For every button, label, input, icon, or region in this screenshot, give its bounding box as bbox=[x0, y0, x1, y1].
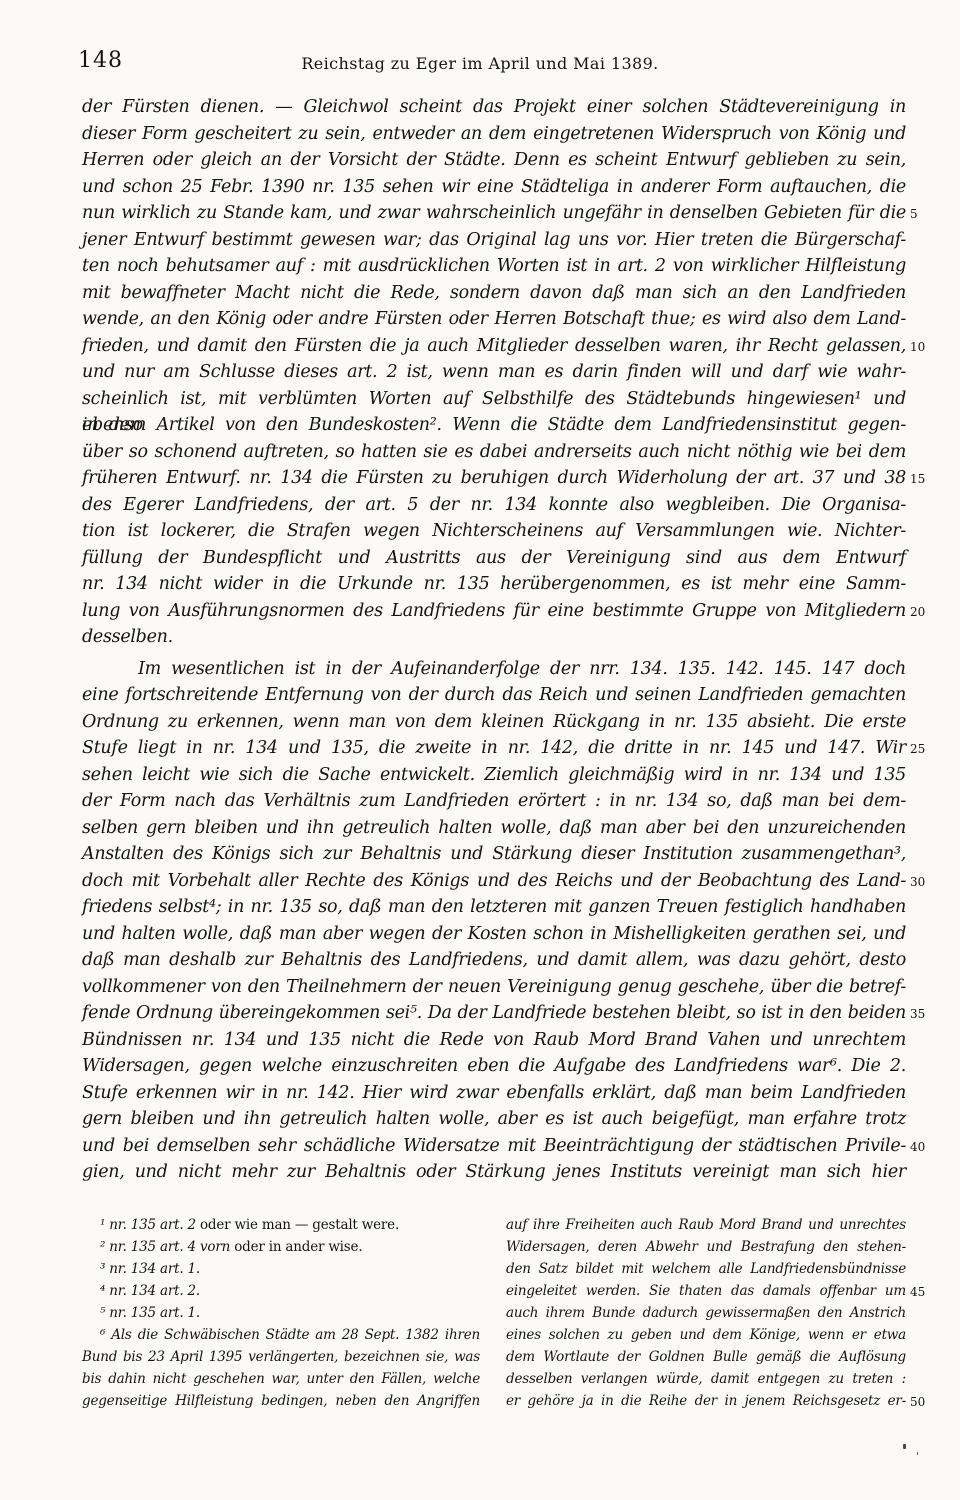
body-text: der Fürsten dienen. — Gleichwol scheint … bbox=[82, 94, 906, 1186]
footnote-text: eines solchen zu geben und dem Könige, w… bbox=[506, 1327, 906, 1343]
body-line: in dem Artikel von den Bundeskosten². We… bbox=[82, 412, 906, 439]
body-line: und nur am Schlusse dieses art. 2 ist, w… bbox=[82, 359, 906, 386]
footnote-line: ⁵ nr. 135 art. 1. bbox=[82, 1302, 480, 1324]
body-line: Bündnissen nr. 134 und 135 nicht die Red… bbox=[82, 1027, 906, 1054]
footnote-line: auch ihrem Bunde dadurch gewissermaßen d… bbox=[506, 1302, 906, 1324]
body-line: Stufe erkennen wir in nr. 142. Hier wird… bbox=[82, 1080, 906, 1107]
footnote-line: ¹ nr. 135 art. 2 oder wie man — gestalt … bbox=[82, 1214, 480, 1236]
footnote-line: er gehöre ja in die Reihe der in jenem R… bbox=[506, 1390, 906, 1412]
body-line: tion ist lockerer, die Strafen wegen Nic… bbox=[82, 518, 906, 545]
footnote-text: ¹ nr. 135 art. 2 bbox=[100, 1217, 200, 1233]
footnote-line: dem Wortlaute der Goldnen Bulle gemäß di… bbox=[506, 1346, 906, 1368]
body-line: jener Entwurf bestimmt gewesen war; das … bbox=[82, 227, 906, 254]
body-line: scheinlich ist, mit verblümten Worten au… bbox=[82, 386, 906, 413]
footnote-text: gegenseitige Hilfleistung bedingen, nebe… bbox=[82, 1393, 480, 1409]
body-line: nr. 134 nicht wider in die Urkunde nr. 1… bbox=[82, 571, 906, 598]
body-line: eine fortschreitende Entfernung von der … bbox=[82, 682, 906, 709]
footnote-text: ⁶ Als die Schwäbischen Städte am 28 Sept… bbox=[100, 1327, 480, 1343]
footnote-text: den Satz bildet mit welchem alle Landfri… bbox=[506, 1261, 906, 1277]
footnote-line: auf ihre Freiheiten auch Raub Mord Brand… bbox=[506, 1214, 906, 1236]
body-line: der Fürsten dienen. — Gleichwol scheint … bbox=[82, 94, 906, 121]
footnote-line: ⁴ nr. 134 art. 2. bbox=[82, 1280, 480, 1302]
body-line: dieser Form gescheitert zu sein, entwede… bbox=[82, 121, 906, 148]
footnote-text: desselben verlangen würde, damit entgege… bbox=[506, 1371, 906, 1387]
body-line: fende Ordnung übereingekommen sei⁵. Da d… bbox=[82, 1000, 906, 1027]
footnote-text: Bund bis 23 April 1395 verlängerten, bez… bbox=[82, 1349, 480, 1365]
margin-line-number: 25 bbox=[910, 736, 938, 763]
body-line: Stufe liegt in nr. 134 und 135, die zwei… bbox=[82, 735, 906, 762]
body-line: Ordnung zu erkennen, wenn man von dem kl… bbox=[82, 709, 906, 736]
margin-line-number: 30 bbox=[910, 869, 938, 896]
footnote-line: ³ nr. 134 art. 1. bbox=[82, 1258, 480, 1280]
body-line: und halten wolle, daß man aber wegen der… bbox=[82, 921, 906, 948]
body-line: sehen leicht wie sich die Sache entwicke… bbox=[82, 762, 906, 789]
footnote-text: ⁵ nr. 135 art. 1. bbox=[100, 1305, 200, 1321]
footnote-line: Bund bis 23 April 1395 verlängerten, bez… bbox=[82, 1346, 480, 1368]
footnote-text: ⁴ nr. 134 art. 2. bbox=[100, 1283, 200, 1299]
footnote-quoted-text: oder wie man — gestalt were. bbox=[200, 1217, 399, 1233]
body-line: Anstalten des Königs sich zur Behaltnis … bbox=[82, 841, 906, 868]
margin-line-number: 5 bbox=[910, 201, 938, 228]
footnote-text: Widersagen, deren Abwehr und Bestrafung … bbox=[506, 1239, 906, 1255]
body-line: daß man deshalb zur Behaltnis des Landfr… bbox=[82, 947, 906, 974]
footnote-text: dem Wortlaute der Goldnen Bulle gemäß di… bbox=[506, 1349, 906, 1365]
body-line: und bei demselben sehr schädliche Widers… bbox=[82, 1133, 906, 1160]
footnote-line: eines solchen zu geben und dem Könige, w… bbox=[506, 1324, 906, 1346]
margin-line-number: 40 bbox=[910, 1134, 938, 1161]
footnote-text: ² nr. 135 art. 4 vorn bbox=[100, 1239, 234, 1255]
body-line: füllung der Bundespflicht und Austritts … bbox=[82, 545, 906, 572]
body-line: und schon 25 Febr. 1390 nr. 135 sehen wi… bbox=[82, 174, 906, 201]
footnote-line: den Satz bildet mit welchem alle Landfri… bbox=[506, 1258, 906, 1280]
footnote-text: bis dahin nicht geschehen war, unter den… bbox=[82, 1371, 480, 1387]
body-line: früheren Entwurf. nr. 134 die Fürsten zu… bbox=[82, 465, 906, 492]
body-line: vollkommener von den Theilnehmern der ne… bbox=[82, 974, 906, 1001]
body-line: mit bewaffneter Macht nicht die Rede, so… bbox=[82, 280, 906, 307]
book-page: 148 Reichstag zu Eger im April und Mai 1… bbox=[0, 0, 960, 1500]
footnote-text: ³ nr. 134 art. 1. bbox=[100, 1261, 200, 1277]
scan-artifact bbox=[903, 1444, 906, 1449]
body-line: nun wirklich zu Stande kam, und zwar wah… bbox=[82, 200, 906, 227]
body-line: über so schonend auftreten, so hatten si… bbox=[82, 439, 906, 466]
body-line: Herren oder gleich an der Vorsicht der S… bbox=[82, 147, 906, 174]
body-line: doch mit Vorbehalt aller Rechte des Köni… bbox=[82, 868, 906, 895]
body-line: frieden, und damit den Fürsten die ja au… bbox=[82, 333, 906, 360]
footnote-line: desselben verlangen würde, damit entgege… bbox=[506, 1368, 906, 1390]
body-line: der Form nach das Verhältnis zum Landfri… bbox=[82, 788, 906, 815]
margin-line-number: 45 bbox=[910, 1281, 938, 1303]
body-line: lung von Ausführungsnormen des Landfried… bbox=[82, 598, 906, 625]
footnote-line: ² nr. 135 art. 4 vorn oder in ander wise… bbox=[82, 1236, 480, 1258]
body-line: Im wesentlichen ist in der Aufeinanderfo… bbox=[82, 656, 906, 683]
footnote-line: eingeleitet werden. Sie thaten das damal… bbox=[506, 1280, 906, 1302]
body-line: Widersagen, gegen welche einzuschreiten … bbox=[82, 1053, 906, 1080]
margin-line-number: 20 bbox=[910, 599, 938, 626]
footnote-line: bis dahin nicht geschehen war, unter den… bbox=[82, 1368, 480, 1390]
body-line: gern bleiben und ihn getreulich halten w… bbox=[82, 1106, 906, 1133]
body-line: desselben. bbox=[82, 624, 906, 651]
footnote-line: Widersagen, deren Abwehr und Bestrafung … bbox=[506, 1236, 906, 1258]
footnote-text: auch ihrem Bunde dadurch gewissermaßen d… bbox=[506, 1305, 906, 1321]
margin-line-number: 35 bbox=[910, 1001, 938, 1028]
footnote-line: gegenseitige Hilfleistung bedingen, nebe… bbox=[82, 1390, 480, 1412]
footnote-text: er gehöre ja in die Reihe der in jenem R… bbox=[506, 1393, 906, 1409]
margin-line-number: 15 bbox=[910, 466, 938, 493]
body-line: ten noch behutsamer auf : mit ausdrückli… bbox=[82, 253, 906, 280]
footnote-text: eingeleitet werden. Sie thaten das damal… bbox=[506, 1283, 906, 1299]
running-title: Reichstag zu Eger im April und Mai 1389. bbox=[0, 54, 960, 73]
body-line: wende, an den König oder andre Fürsten o… bbox=[82, 306, 906, 333]
footnotes-left-column: ¹ nr. 135 art. 2 oder wie man — gestalt … bbox=[82, 1214, 480, 1412]
body-line: selben gern bleiben und ihn getreulich h… bbox=[82, 815, 906, 842]
footnote-line: ⁶ Als die Schwäbischen Städte am 28 Sept… bbox=[82, 1324, 480, 1346]
footnote-quoted-text: oder in ander wise. bbox=[234, 1239, 362, 1255]
body-line: gien, und nicht mehr zur Behaltnis oder … bbox=[82, 1159, 906, 1186]
body-line: friedens selbst⁴; in nr. 135 so, daß man… bbox=[82, 894, 906, 921]
footnote-text: auf ihre Freiheiten auch Raub Mord Brand… bbox=[506, 1217, 906, 1233]
margin-line-number: 50 bbox=[910, 1391, 938, 1413]
margin-line-number: 10 bbox=[910, 334, 938, 361]
footnotes-right-column: auf ihre Freiheiten auch Raub Mord Brand… bbox=[506, 1214, 906, 1412]
body-line: des Egerer Landfriedens, der art. 5 der … bbox=[82, 492, 906, 519]
